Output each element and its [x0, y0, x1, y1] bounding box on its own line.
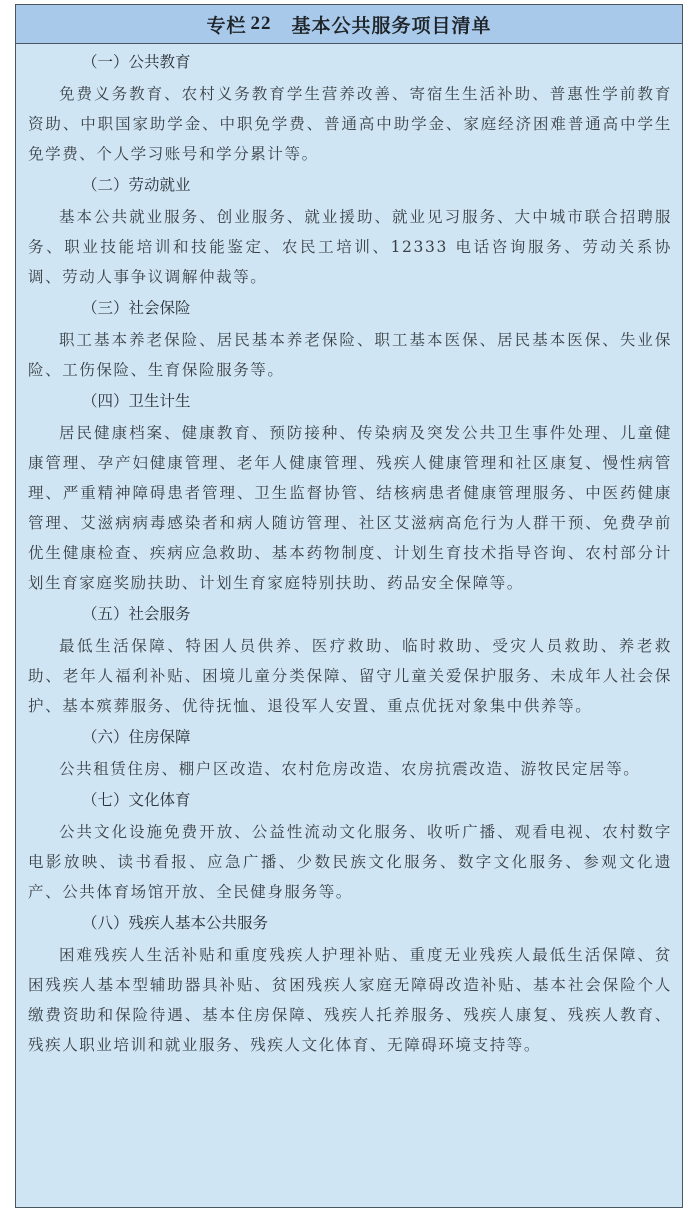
section-heading: （六）住房保障 — [28, 721, 672, 754]
section-culture-sports: （七）文化体育 公共文化设施免费开放、公益性流动文化服务、收听广播、观看电视、农… — [28, 784, 672, 907]
section-body: 基本公共就业服务、创业服务、就业援助、就业见习服务、大中城市联合招聘服务、职业技… — [28, 202, 672, 292]
column-number: 22 — [251, 13, 272, 35]
section-public-education: （一）公共教育 免费义务教育、农村义务教育学生营养改善、寄宿生生活补助、普惠性学… — [28, 46, 672, 169]
section-housing-security: （六）住房保障 公共租赁住房、棚户区改造、农村危房改造、农房抗震改造、游牧民定居… — [28, 721, 672, 784]
section-body: 免费义务教育、农村义务教育学生营养改善、寄宿生生活补助、普惠性学前教育资助、中职… — [28, 79, 672, 169]
section-heading: （七）文化体育 — [28, 784, 672, 817]
section-body: 困难残疾人生活补贴和重度残疾人护理补贴、重度无业残疾人最低生活保障、贫困残疾人基… — [28, 940, 672, 1060]
column-title: 基本公共服务项目清单 — [292, 11, 492, 38]
column-box: 专栏 22 基本公共服务项目清单 （一）公共教育 免费义务教育、农村义务教育学生… — [15, 4, 683, 1208]
section-body: 职工基本养老保险、居民基本养老保险、职工基本医保、居民基本医保、失业保险、工伤保… — [28, 325, 672, 385]
section-heading: （一）公共教育 — [28, 46, 672, 79]
column-content: （一）公共教育 免费义务教育、农村义务教育学生营养改善、寄宿生生活补助、普惠性学… — [16, 44, 682, 1060]
section-labor-employment: （二）劳动就业 基本公共就业服务、创业服务、就业援助、就业见习服务、大中城市联合… — [28, 169, 672, 292]
section-heading: （二）劳动就业 — [28, 169, 672, 202]
section-heading: （五）社会服务 — [28, 598, 672, 631]
section-body: 公共文化设施免费开放、公益性流动文化服务、收听广播、观看电视、农村数字电影放映、… — [28, 817, 672, 907]
section-heading: （八）残疾人基本公共服务 — [28, 907, 672, 940]
section-body: 公共租赁住房、棚户区改造、农村危房改造、农房抗震改造、游牧民定居等。 — [28, 754, 672, 784]
section-disability-services: （八）残疾人基本公共服务 困难残疾人生活补贴和重度残疾人护理补贴、重度无业残疾人… — [28, 907, 672, 1060]
section-body: 居民健康档案、健康教育、预防接种、传染病及突发公共卫生事件处理、儿童健康管理、孕… — [28, 418, 672, 598]
section-heading: （三）社会保险 — [28, 292, 672, 325]
section-social-services: （五）社会服务 最低生活保障、特困人员供养、医疗救助、临时救助、受灾人员救助、养… — [28, 598, 672, 721]
section-body: 最低生活保障、特困人员供养、医疗救助、临时救助、受灾人员救助、养老救助、老年人福… — [28, 631, 672, 721]
section-heading: （四）卫生计生 — [28, 385, 672, 418]
section-health-family-planning: （四）卫生计生 居民健康档案、健康教育、预防接种、传染病及突发公共卫生事件处理、… — [28, 385, 672, 598]
column-label: 专栏 — [206, 11, 246, 38]
column-header: 专栏 22 基本公共服务项目清单 — [16, 5, 682, 44]
section-social-insurance: （三）社会保险 职工基本养老保险、居民基本养老保险、职工基本医保、居民基本医保、… — [28, 292, 672, 385]
